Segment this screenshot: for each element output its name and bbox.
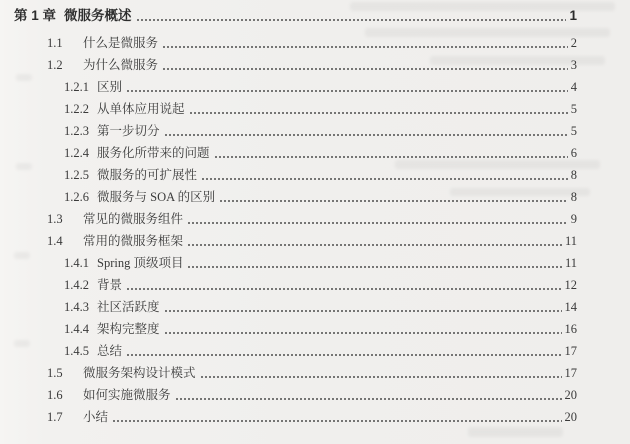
toc-entry-number: 1.4.2 (64, 274, 97, 296)
dot-leader-icon (187, 252, 561, 274)
toc-entry-title: 微服务与 SOA 的区别 (97, 186, 215, 208)
dot-leader-icon (164, 296, 562, 318)
toc-list: 第 1 章 微服务概述 1 1.1 什么是微服务 2 1.2 为什么微服务 3 … (0, 4, 630, 428)
toc-entry-page: 8 (571, 164, 577, 186)
toc-entry-number: 1.4.5 (64, 340, 97, 362)
toc-entry-number: 1.5 (47, 362, 83, 384)
toc-entry-title: 常用的微服务框架 (83, 230, 183, 252)
dot-leader-icon (162, 54, 568, 76)
dot-leader-icon (126, 76, 568, 98)
toc-entry[interactable]: 1.4.5 总结 17 (0, 340, 630, 362)
toc-entry-page: 16 (565, 318, 578, 340)
dot-leader-icon (112, 406, 561, 428)
toc-entry-title: 微服务概述 (64, 4, 132, 32)
toc-entry-page: 5 (571, 98, 577, 120)
toc-entry-number: 1.7 (47, 406, 83, 428)
dot-leader-icon (162, 32, 568, 54)
toc-entry[interactable]: 1.2.3 第一步切分 5 (0, 120, 630, 142)
toc-entry[interactable]: 1.5 微服务架构设计模式 17 (0, 362, 630, 384)
dot-leader-icon (200, 362, 562, 384)
toc-entry-title: 第一步切分 (97, 120, 160, 142)
toc-entry[interactable]: 1.1 什么是微服务 2 (0, 32, 630, 54)
toc-entry[interactable]: 1.2.2 从单体应用说起 5 (0, 98, 630, 120)
toc-entry-number: 1.2.1 (64, 76, 97, 98)
toc-entry-number: 1.4.1 (64, 252, 97, 274)
toc-entry-page: 11 (565, 230, 577, 252)
toc-entry-title: 为什么微服务 (83, 54, 158, 76)
dot-leader-icon (189, 98, 568, 120)
toc-entry[interactable]: 1.3 常见的微服务组件 9 (0, 208, 630, 230)
toc-entry-title: 服务化所带来的问题 (97, 142, 210, 164)
toc-entry[interactable]: 1.4.3 社区活跃度 14 (0, 296, 630, 318)
toc-entry-page: 2 (571, 32, 577, 54)
toc-entry-title: 总结 (97, 340, 122, 362)
toc-entry-page: 17 (565, 340, 578, 362)
dot-leader-icon (164, 318, 562, 340)
toc-entry-number: 1.2.5 (64, 164, 97, 186)
scanned-toc-page: 第 1 章 微服务概述 1 1.1 什么是微服务 2 1.2 为什么微服务 3 … (0, 0, 630, 444)
toc-entry-title: 什么是微服务 (83, 32, 158, 54)
toc-entry-number: 1.2.6 (64, 186, 97, 208)
toc-entry[interactable]: 1.4.4 架构完整度 16 (0, 318, 630, 340)
toc-entry-page: 5 (571, 120, 577, 142)
toc-entry-title: 从单体应用说起 (97, 98, 185, 120)
toc-entry-page: 3 (571, 54, 577, 76)
toc-entry-number: 1.4.3 (64, 296, 97, 318)
scan-artifact (468, 427, 563, 437)
dot-leader-icon (126, 340, 561, 362)
dot-leader-icon (201, 164, 568, 186)
toc-entry-title: 常见的微服务组件 (83, 208, 183, 230)
toc-entry-number: 第 1 章 (14, 4, 64, 32)
toc-entry-page: 6 (571, 142, 577, 164)
toc-entry[interactable]: 1.4 常用的微服务框架 11 (0, 230, 630, 252)
toc-entry-title: 小结 (83, 406, 108, 428)
toc-entry[interactable]: 1.2.4 服务化所带来的问题 6 (0, 142, 630, 164)
toc-entry-page: 17 (565, 362, 578, 384)
toc-entry[interactable]: 1.2.6 微服务与 SOA 的区别 8 (0, 186, 630, 208)
toc-entry-page: 14 (565, 296, 578, 318)
toc-entry-page: 11 (565, 252, 577, 274)
dot-leader-icon (219, 186, 568, 208)
toc-entry-title: 区别 (97, 76, 122, 98)
toc-entry-title: 背景 (97, 274, 122, 296)
toc-entry[interactable]: 1.7 小结 20 (0, 406, 630, 428)
toc-entry-number: 1.2.3 (64, 120, 97, 142)
dot-leader-icon (187, 230, 562, 252)
toc-entry-number: 1.4.4 (64, 318, 97, 340)
toc-entry-number: 1.1 (47, 32, 83, 54)
dot-leader-icon (175, 384, 562, 406)
toc-entry-page: 9 (571, 208, 577, 230)
toc-entry-page: 20 (565, 406, 578, 428)
toc-entry-title: 微服务的可扩展性 (97, 164, 197, 186)
toc-entry-number: 1.2 (47, 54, 83, 76)
toc-entry-title: 社区活跃度 (97, 296, 160, 318)
dot-leader-icon (126, 274, 561, 296)
toc-entry-page: 20 (565, 384, 578, 406)
toc-entry-title: 架构完整度 (97, 318, 160, 340)
toc-entry[interactable]: 第 1 章 微服务概述 1 (0, 4, 630, 32)
dot-leader-icon (187, 208, 568, 230)
toc-entry-title: 如何实施微服务 (83, 384, 171, 406)
toc-entry[interactable]: 1.2.5 微服务的可扩展性 8 (0, 164, 630, 186)
dot-leader-icon (136, 4, 567, 32)
toc-entry-number: 1.4 (47, 230, 83, 252)
dot-leader-icon (164, 120, 568, 142)
toc-entry-number: 1.6 (47, 384, 83, 406)
toc-entry-page: 1 (569, 4, 577, 32)
toc-entry-number: 1.3 (47, 208, 83, 230)
dot-leader-icon (214, 142, 568, 164)
toc-entry-title: Spring 顶级项目 (97, 252, 183, 274)
toc-entry-page: 8 (571, 186, 577, 208)
toc-entry-title: 微服务架构设计模式 (83, 362, 196, 384)
toc-entry[interactable]: 1.6 如何实施微服务 20 (0, 384, 630, 406)
toc-entry-page: 4 (571, 76, 577, 98)
toc-entry[interactable]: 1.2 为什么微服务 3 (0, 54, 630, 76)
toc-entry[interactable]: 1.2.1 区别 4 (0, 76, 630, 98)
toc-entry-page: 12 (565, 274, 578, 296)
toc-entry[interactable]: 1.4.1 Spring 顶级项目 11 (0, 252, 630, 274)
toc-entry-number: 1.2.2 (64, 98, 97, 120)
toc-entry[interactable]: 1.4.2 背景 12 (0, 274, 630, 296)
toc-entry-number: 1.2.4 (64, 142, 97, 164)
